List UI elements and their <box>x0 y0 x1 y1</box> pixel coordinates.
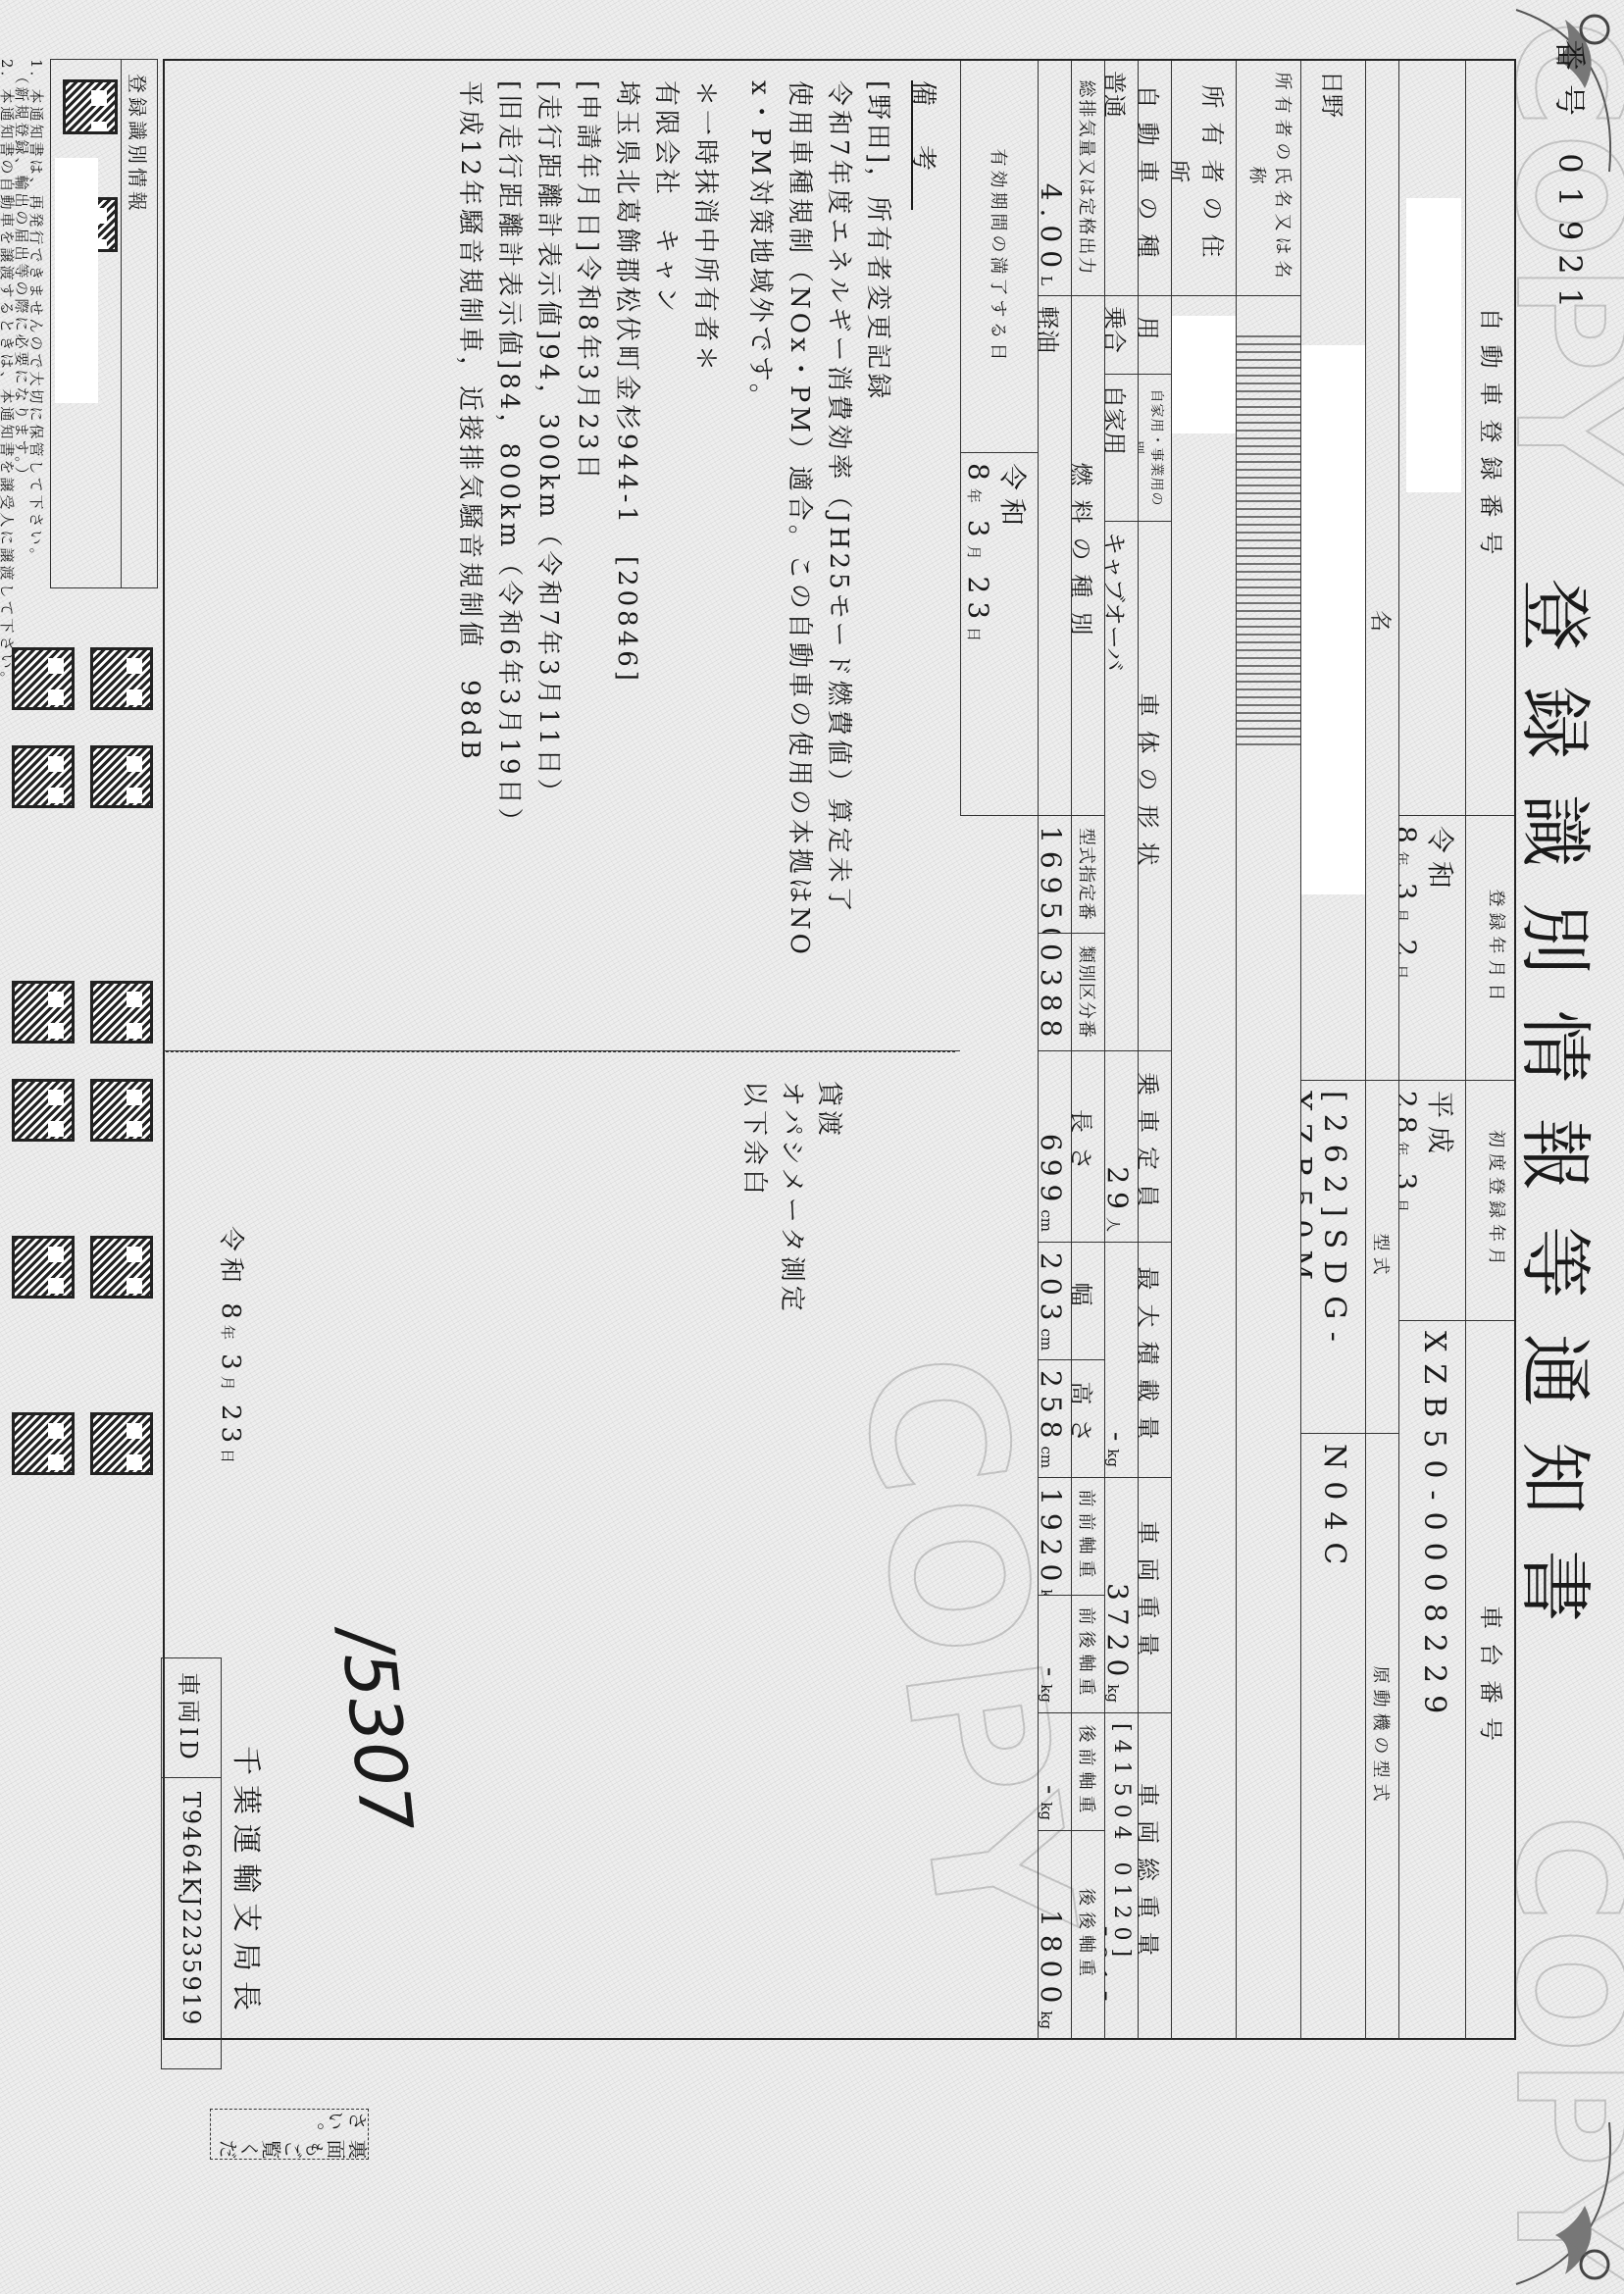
capacity-label: 乗車定員 <box>1138 1051 1171 1243</box>
body-shape-label: 車体の形状 <box>1138 522 1171 1051</box>
axle-ff-label: 前前軸重 <box>1071 1478 1104 1596</box>
document-title: 登録識別情報等通知書 <box>1508 579 1612 1657</box>
qr-code-icon <box>12 981 75 1044</box>
document-number: 番号 01921 <box>1549 39 1595 322</box>
expiry-value: 令和 8年 3月 23日 <box>960 453 1038 816</box>
model-value: [262]SDG-XZB50M <box>1300 1081 1365 1434</box>
qr-code-icon <box>63 79 118 134</box>
remarks-line: 平成12年騒音規制車，近接排気騒音規制値 98dB <box>450 80 489 1031</box>
height-value: 258cm <box>1038 1360 1071 1478</box>
qr-code-icon <box>12 1079 75 1142</box>
id-info-title: 登録識別情報 <box>121 60 157 587</box>
qr-code-icon <box>90 647 153 710</box>
width-label: 幅 <box>1071 1243 1104 1360</box>
axle-rf-label: 後前軸重 <box>1071 1713 1104 1831</box>
owner-address-label: 所有者の住所 <box>1171 61 1236 296</box>
remarks-line: 埼玉県北葛飾郡松伏町金杉944-1 [20846] <box>607 80 646 1031</box>
use-value: 乗合 <box>1104 296 1138 375</box>
vehicle-weight-value: 3720kg <box>1104 1478 1138 1713</box>
registration-number-value <box>1398 61 1465 816</box>
remarks-section: 備考 [野田]，所有者変更記録 令和7年度エネルギー消費効率（JH25モード燃費… <box>163 61 960 1051</box>
qr-code-icon <box>90 1412 153 1475</box>
qr-code-icon <box>90 745 153 808</box>
redacted-block <box>1171 316 1236 433</box>
category-value: 0388 <box>1038 934 1071 1051</box>
registration-date-label: 登録年月日 <box>1465 816 1514 1081</box>
vehicle-id-label: 車両ID <box>162 1658 221 1778</box>
vehicle-kind-label: 自動車の種別 <box>1138 61 1171 296</box>
vehicle-id-box: 車両ID T9464KJ2235919 <box>161 1657 222 2069</box>
width-value: 203cm <box>1038 1243 1071 1360</box>
model-label: 型式 <box>1365 1081 1398 1434</box>
use-label: 用途 <box>1138 296 1171 375</box>
vehicle-weight-label: 車両重量 <box>1138 1478 1171 1713</box>
remarks-line: [申請年月日]令和8年3月23日 <box>568 80 607 1031</box>
remarks-right-note: 貸渡 オパシメータ測定 以下余白 <box>736 1081 847 1315</box>
max-load-label: 最大積載量 <box>1138 1243 1171 1478</box>
registration-id-info-box: 登録識別情報 <box>50 59 158 588</box>
length-value: 699cm <box>1038 1051 1071 1243</box>
displacement-value: 4.00L <box>1038 61 1071 296</box>
height-label: 高さ <box>1071 1360 1104 1478</box>
qr-code-icon <box>12 1236 75 1299</box>
footnote-line: 1．本通知書は、再発行できませんので大切に保管して下さい。 <box>28 59 43 689</box>
brand-row: 日野 車 <box>1300 61 1365 1081</box>
engine-model-value: N04C <box>1300 1434 1365 2040</box>
length-label: 長さ <box>1071 1051 1104 1243</box>
qr-code-icon <box>12 745 75 808</box>
issuer-name: 千葉運輸支局長 <box>228 1746 271 2020</box>
displacement-label: 総排気量又は定格出力 <box>1071 61 1104 296</box>
axle-rr-value: 1800kg <box>1038 1831 1071 2040</box>
chassis-number-label: 車台番号 <box>1465 1321 1514 2040</box>
remarks-line: 有限会社 キャン <box>646 80 685 1031</box>
max-load-value: -kg <box>1104 1243 1138 1478</box>
axle-fr-value: -kg <box>1038 1596 1071 1713</box>
registration-date-value: 令和 8年 3月 2日 <box>1398 816 1465 1081</box>
owner-address-value <box>1171 296 1236 2040</box>
corner-ornament-icon <box>1506 2117 1624 2294</box>
category-label: 類別区分番号 <box>1071 934 1104 1051</box>
remarks-line: 使用車種規制（NOx・PM）適合。この自動車の使用の本拠はNO <box>780 80 819 1031</box>
registration-number-label: 自動車登録番号 <box>1465 61 1514 816</box>
qr-code-icon <box>90 1236 153 1299</box>
fuel-label: 燃料の種別 <box>1071 296 1104 816</box>
first-registration-label: 初度登録年月 <box>1465 1081 1514 1321</box>
issue-date: 令和 8年 3月 23日 <box>215 1226 251 1463</box>
gross-weight-label: 車両総重量 <box>1138 1713 1171 2040</box>
first-registration-value: 平成 28年 3月 <box>1398 1081 1465 1321</box>
private-commercial-value: 自家用 <box>1104 375 1138 522</box>
qr-code-icon <box>12 1412 75 1475</box>
redacted-block <box>1300 345 1365 894</box>
type-designation-label: 型式指定番号 <box>1071 816 1104 934</box>
axle-fr-label: 前後軸重 <box>1071 1596 1104 1713</box>
private-commercial-label: 自家用・事業用の別 <box>1138 375 1171 522</box>
vehicle-kind-value: 普通 <box>1104 61 1138 296</box>
redacted-block <box>1406 198 1461 492</box>
name-row: 名 <box>1365 61 1398 1081</box>
see-back-note: 裏面もご覧ください。 <box>210 2109 369 2160</box>
engine-model-label: 原動機の型式 <box>1365 1434 1398 2040</box>
remarks-line: [走行距離計表示値]94，300km（令和7年3月11日） <box>529 80 568 1031</box>
owner-name-label: 所有者の氏名又は名称 <box>1236 61 1300 296</box>
remarks-line: x・PM対策地域外です。 <box>740 80 780 1031</box>
axle-rr-label: 後後軸重 <box>1071 1831 1104 2040</box>
axle-rf-value: -kg <box>1038 1713 1071 1831</box>
fuel-value: 軽油 <box>1038 296 1071 816</box>
axle-ff-value: 1920kg <box>1038 1478 1071 1596</box>
remarks-line: 令和7年度エネルギー消費効率（JH25モード燃費値）算定未了 <box>819 80 858 1031</box>
remarks-line: ＊一時抹消中所有者＊ <box>685 80 725 1031</box>
qr-code-icon <box>90 1079 153 1142</box>
remarks-heading: 備考 <box>903 80 942 1031</box>
remarks-line: [旧走行距離計表示値]84，800km（令和6年3月19日） <box>489 80 529 1031</box>
type-designation-value: 16950 <box>1038 816 1071 934</box>
body-shape-value: キャブオーバ <box>1104 522 1138 1051</box>
footnote-line: （新規登録、輸出の届出等の際に必要になります。） <box>14 59 28 689</box>
dashed-divider <box>166 1051 955 1052</box>
registration-notice-page: COPY COPY COPY 番号 01921 登録識別情報等通知書 自動車登録… <box>0 0 1624 2294</box>
capacity-value: 29人 <box>1104 1051 1138 1243</box>
qr-code-icon <box>90 981 153 1044</box>
gross-weight-value: [41504 0120] 5315kg <box>1104 1713 1138 2040</box>
expiry-label: 有効期間の満了する日 <box>960 61 1038 453</box>
chassis-number-value: XZB50-0008229 <box>1398 1321 1465 2040</box>
redacted-block <box>55 158 98 403</box>
footnote-line: 2．本通知書の自動車を譲渡するときは、本通知書を譲受人に譲渡して下さい。 <box>0 59 14 689</box>
owner-name-value <box>1236 296 1300 2040</box>
hatched-stamp <box>1236 335 1300 747</box>
vehicle-id-value: T9464KJ2235919 <box>178 1778 205 2041</box>
remarks-line: [野田]，所有者変更記録 <box>858 80 897 1031</box>
